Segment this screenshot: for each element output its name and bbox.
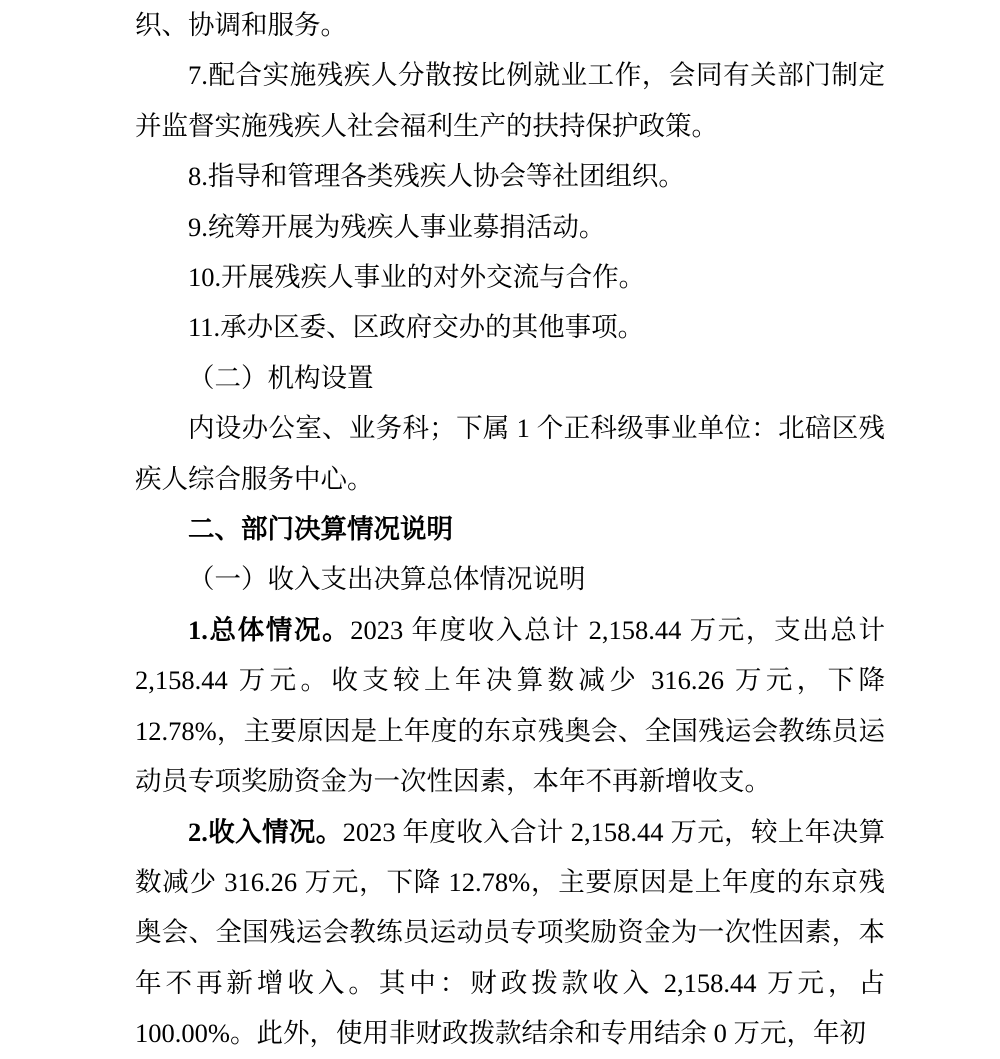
income-situation-lead: 2.收入情况。	[188, 817, 343, 847]
income-situation-text: 2023 年度收入合计 2,158.44 万元，较上年决算数减少 316.26 …	[135, 817, 885, 1049]
paragraph-duty-7: 7.配合实施残疾人分散按比例就业工作，会同有关部门制定并监督实施残疾人社会福利生…	[135, 50, 885, 151]
heading-overview: （一）收入支出决算总体情况说明	[135, 554, 885, 604]
paragraph-duty-10: 10.开展残疾人事业的对外交流与合作。	[135, 252, 885, 302]
paragraph-continuation: 织、协调和服务。	[135, 0, 885, 50]
paragraph-org-setup: 内设办公室、业务科；下属 1 个正科级事业单位：北碚区残疾人综合服务中心。	[135, 403, 885, 504]
paragraph-duty-8: 8.指导和管理各类残疾人协会等社团组织。	[135, 151, 885, 201]
paragraph-overall-situation: 1.总体情况。2023 年度收入总计 2,158.44 万元，支出总计 2,15…	[135, 605, 885, 807]
document-text-block: 织、协调和服务。 7.配合实施残疾人分散按比例就业工作，会同有关部门制定并监督实…	[135, 0, 885, 1059]
paragraph-duty-11: 11.承办区委、区政府交办的其他事项。	[135, 302, 885, 352]
document-page: 织、协调和服务。 7.配合实施残疾人分散按比例就业工作，会同有关部门制定并监督实…	[0, 0, 1000, 1059]
heading-org-setup: （二）机构设置	[135, 353, 885, 403]
paragraph-income-situation: 2.收入情况。2023 年度收入合计 2,158.44 万元，较上年决算数减少 …	[135, 807, 885, 1059]
heading-section-two: 二、部门决算情况说明	[135, 504, 885, 554]
overall-situation-lead: 1.总体情况。	[188, 615, 350, 645]
paragraph-duty-9: 9.统筹开展为残疾人事业募捐活动。	[135, 202, 885, 252]
